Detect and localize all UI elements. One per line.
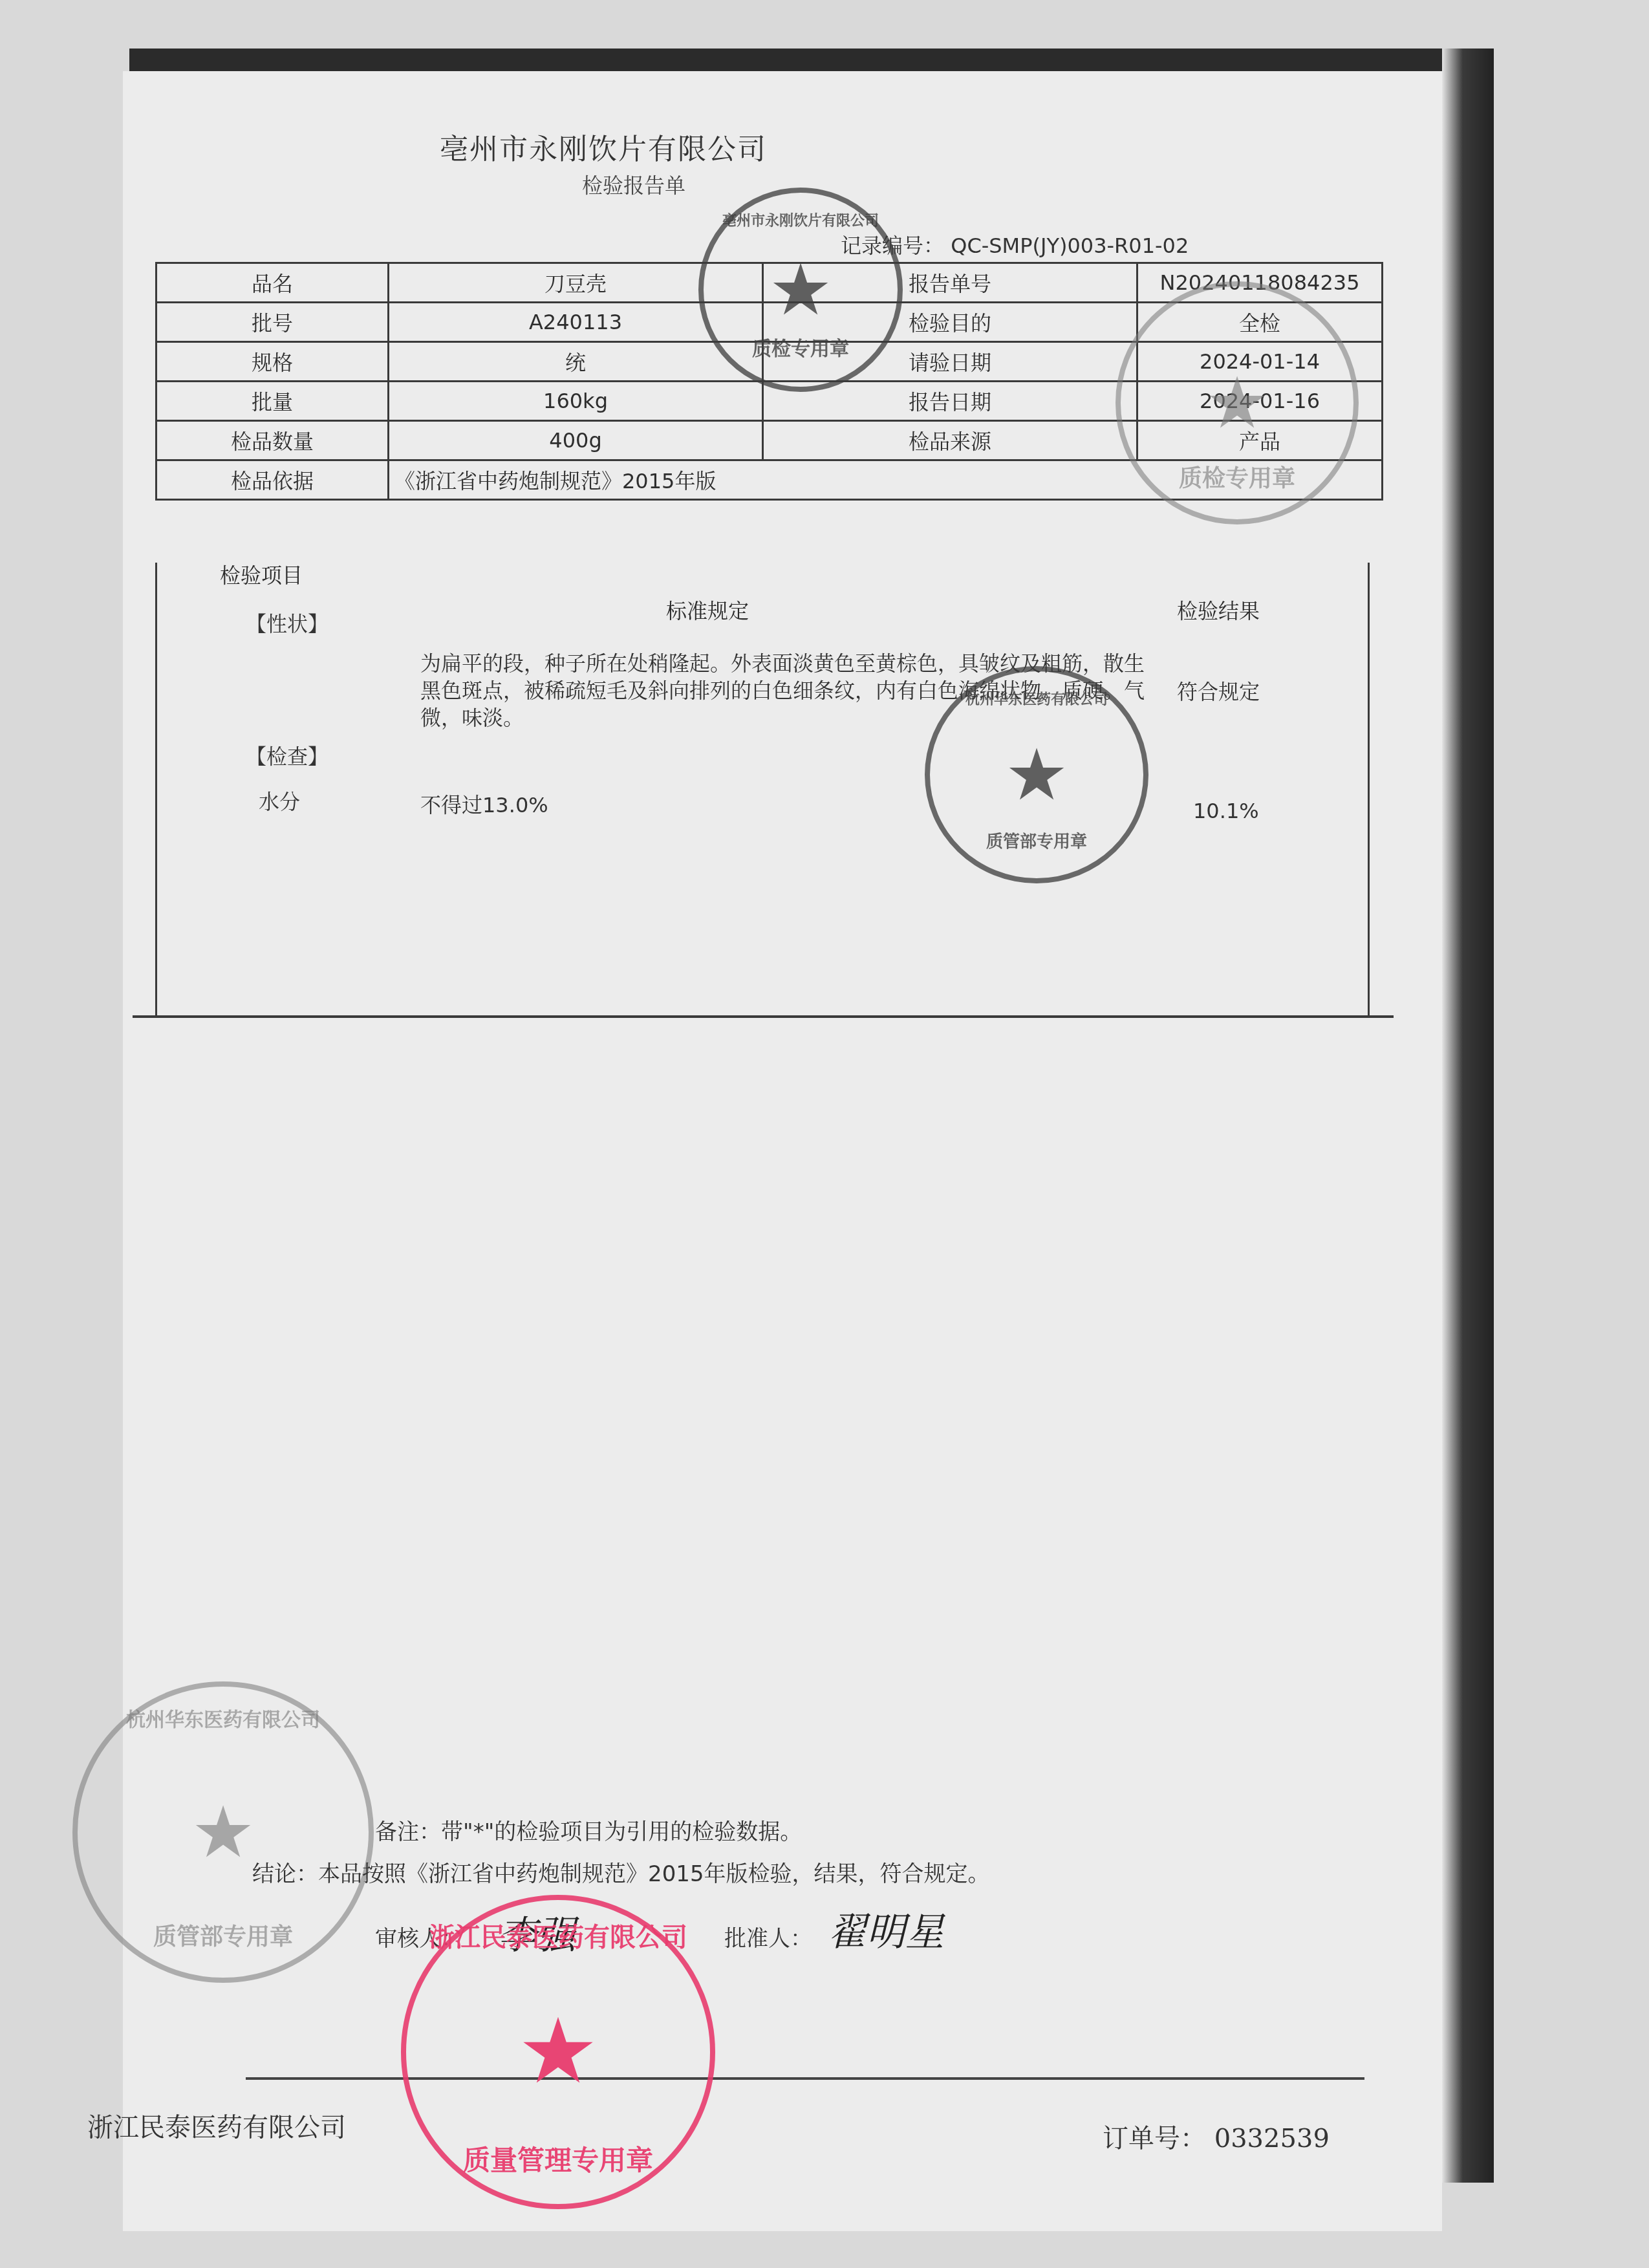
table-border-left <box>155 563 157 1015</box>
approver-signature: 翟明星 <box>828 1901 944 1957</box>
col-result: 检验结果 <box>1177 595 1260 625</box>
star-icon: ★ <box>769 254 833 325</box>
issuer-title: 亳州市永刚饮片有限公司 <box>440 126 767 167</box>
red-quality-seal: 浙江民泰医药有限公司 ★ 质量管理专用章 <box>401 1895 715 2209</box>
col-item: 检验项目 <box>220 559 303 589</box>
label-cell: 检品数量 <box>156 421 389 460</box>
label-cell: 批号 <box>156 303 389 342</box>
seal-ring-text: 杭州华东医药有限公司 <box>78 1703 369 1732</box>
label-cell: 品名 <box>156 263 389 303</box>
record-number-value: QC-SMP(JY)003-R01-02 <box>951 233 1189 258</box>
label-cell: 检品来源 <box>763 421 1137 460</box>
seal-bottom-text: 质量管理专用章 <box>406 2139 710 2178</box>
report-seal: ★ 质检专用章 <box>1115 281 1359 524</box>
conclusion-text: 结论：本品按照《浙江省中药炮制规范》2015年版检验，结果，符合规定。 <box>252 1856 990 1888</box>
value-cell: 400g <box>389 421 763 460</box>
seal-ring-text: 亳州市永刚饮片有限公司 <box>704 210 898 230</box>
table-border-right <box>1368 563 1370 1015</box>
seal-bottom-text: 质检专用章 <box>704 332 898 361</box>
scan-edge-top <box>129 49 1461 74</box>
star-icon: ★ <box>517 2007 599 2097</box>
section-heading: 【性状】 <box>246 608 329 638</box>
col-standard: 标准规定 <box>666 595 749 625</box>
appearance-result: 符合规定 <box>1177 676 1260 706</box>
star-icon: ★ <box>1005 739 1069 810</box>
section-divider <box>133 1015 1394 1018</box>
seal-ring-text: 杭州华东医药有限公司 <box>930 688 1143 708</box>
corner-seal: 杭州华东医药有限公司 ★ 质管部专用章 <box>72 1681 374 1983</box>
label-cell: 批量 <box>156 382 389 421</box>
mid-seal: 杭州华东医药有限公司 ★ 质管部专用章 <box>925 666 1148 883</box>
seal-bottom-text: 质检专用章 <box>1121 460 1353 493</box>
moisture-standard: 不得过13.0% <box>420 789 548 819</box>
issuer-seal: 亳州市永刚饮片有限公司 ★ 质检专用章 <box>698 188 903 392</box>
star-icon: ★ <box>191 1797 255 1868</box>
footer-company: 浙江民泰医药有限公司 <box>87 2107 346 2144</box>
section-heading: 【检查】 <box>246 740 329 770</box>
moisture-result: 10.1% <box>1193 799 1259 823</box>
order-label: 订单号： <box>1103 2124 1206 2154</box>
report-subtitle: 检验报告单 <box>582 169 685 199</box>
approver-label: 批准人： <box>724 1921 812 1952</box>
seal-bottom-text: 质管部专用章 <box>930 828 1143 852</box>
star-icon: ★ <box>1205 367 1269 438</box>
seal-ring-text: 浙江民泰医药有限公司 <box>406 1917 710 1954</box>
scan-edge-right <box>1442 49 1494 2183</box>
label-cell: 规格 <box>156 342 389 382</box>
label-cell: 检品依据 <box>156 460 389 500</box>
footer-order: 订单号： 0332539 <box>1103 2118 1330 2155</box>
value-cell: 160kg <box>389 382 763 421</box>
order-number: 0332539 <box>1214 2124 1330 2154</box>
seal-bottom-text: 质管部专用章 <box>78 1919 369 1952</box>
remark-note: 备注：带"*"的检验项目为引用的检验数据。 <box>375 1814 802 1846</box>
moisture-item: 水分 <box>259 786 300 815</box>
